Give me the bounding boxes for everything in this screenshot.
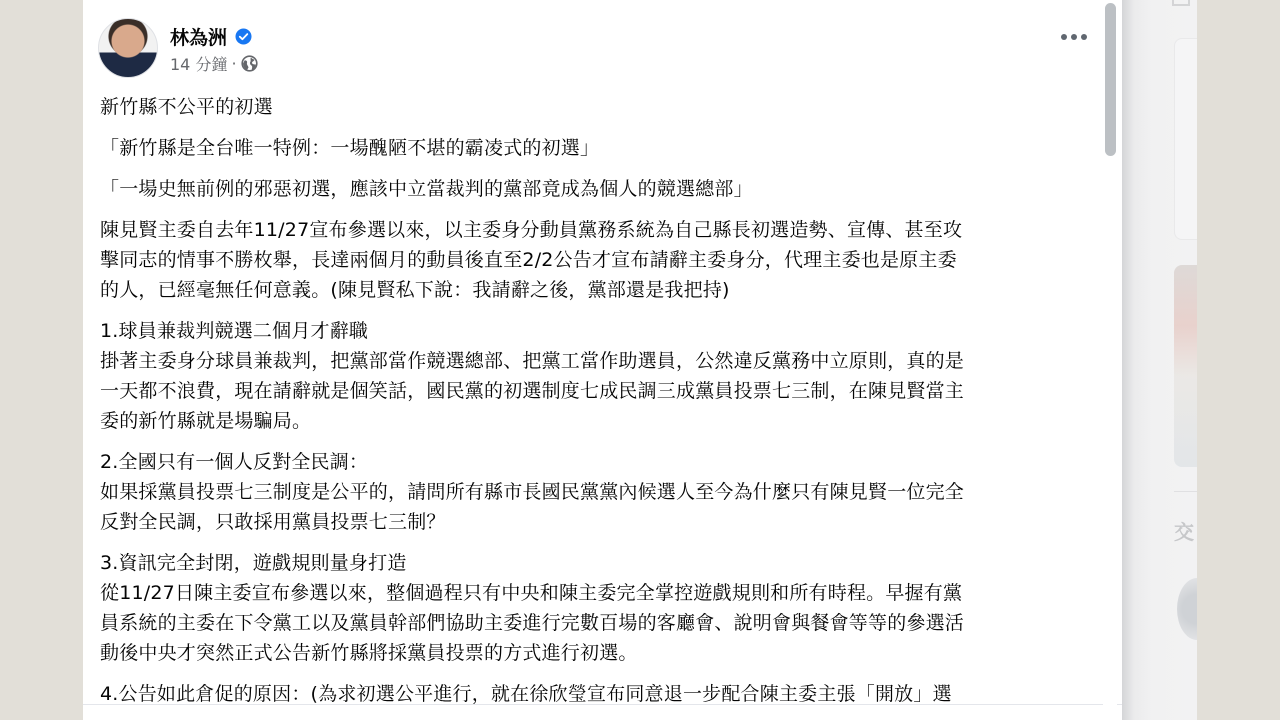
right-rail-dimmed: 交 [1122, 0, 1197, 720]
post-paragraph-point-3: 3.資訊完全封閉，遊戲規則量身打造 從11/27日陳主委宣布參選以來，整個過程只… [100, 548, 1110, 668]
post-paragraph-title: 新竹縣不公平的初選 [100, 92, 1110, 122]
author-meta: 林為洲 14 分鐘 · [170, 21, 258, 75]
post-scrollbar-thumb[interactable] [1105, 3, 1116, 156]
rail-image [1174, 265, 1197, 467]
rail-card [1174, 38, 1197, 240]
rail-avatar [1177, 578, 1197, 640]
author-row: 林為洲 [170, 21, 258, 51]
verified-badge-icon [235, 28, 252, 45]
more-options-icon-dot [1061, 34, 1067, 40]
more-options-icon-dot [1071, 34, 1077, 40]
more-options-button[interactable] [1061, 34, 1087, 40]
post-card: 林為洲 14 分鐘 · [83, 0, 1122, 720]
more-options-icon-dot [1081, 34, 1087, 40]
post-header: 林為洲 14 分鐘 · [98, 18, 258, 78]
author-avatar[interactable] [98, 18, 158, 78]
post-timestamp[interactable]: 14 分鐘 [170, 52, 227, 75]
meta-separator: · [231, 54, 236, 73]
post-paragraph-point-2: 2.全國只有一個人反對全民調： 如果採黨員投票七三制度是公平的，請問所有縣市長國… [100, 447, 1110, 537]
rail-top-icon [1172, 0, 1190, 6]
post-meta-row: 14 分鐘 · [170, 51, 258, 75]
post-paragraph-intro: 陳見賢主委自去年11/27宣布參選以來，以主委身分動員黨務系統為自己縣長初選造勢… [100, 215, 1110, 305]
post-text: 新竹縣不公平的初選 「新竹縣是全台唯一特例：一場醜陋不堪的霸凌式的初選」 「一場… [100, 92, 1110, 720]
post-paragraph-point-1: 1.球員兼裁判競選二個月才辭職 掛著主委身分球員兼裁判，把黨部當作競選總部、把黨… [100, 316, 1110, 436]
post-bottom-divider [83, 704, 1122, 720]
rail-divider [1174, 491, 1197, 492]
rail-heading: 交 [1174, 516, 1194, 545]
author-name[interactable]: 林為洲 [170, 23, 227, 50]
post-paragraph-quote-1: 「新竹縣是全台唯一特例：一場醜陋不堪的霸凌式的初選」 [100, 133, 1110, 163]
globe-icon[interactable] [241, 55, 258, 72]
post-paragraph-quote-2: 「一場史無前例的邪惡初選，應該中立當裁判的黨部竟成為個人的競選總部」 [100, 174, 1110, 204]
